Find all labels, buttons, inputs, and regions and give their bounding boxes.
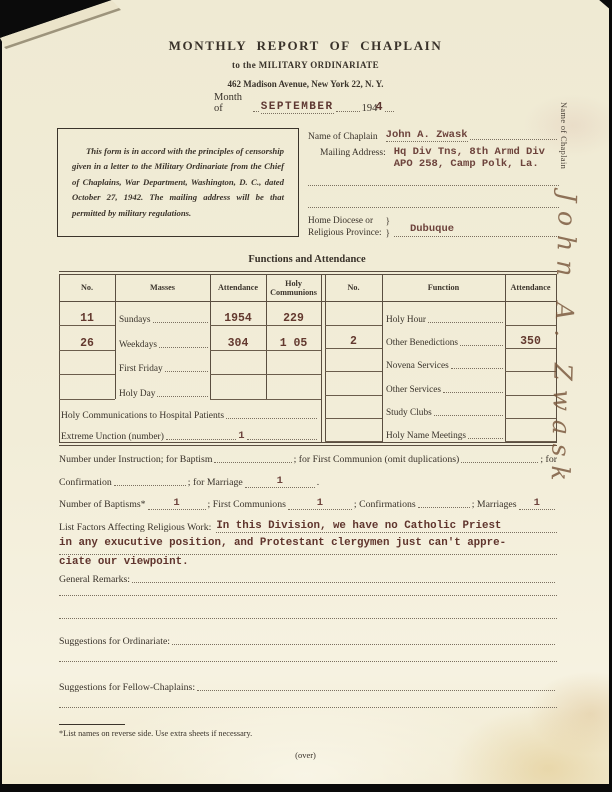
blank-rule bbox=[59, 706, 557, 708]
marriage-instruction-value: 1 bbox=[245, 475, 315, 488]
factors-typed-line2-rule: in any exucutive position, and Protestan… bbox=[59, 537, 557, 555]
lower-form-block: Number under Instruction; for Baptism ; … bbox=[59, 0, 557, 784]
factors-typed-line1: In this Division, we have no Catholic Pr… bbox=[216, 520, 557, 533]
general-remarks-line: General Remarks: bbox=[59, 570, 557, 585]
factors-typed-line3: ciate our viewpoint. bbox=[59, 556, 189, 568]
instruction-line-2: Confirmation ; for Marriage 1 . bbox=[59, 473, 379, 488]
instruction-line-1: Number under Instruction; for Baptism ; … bbox=[59, 450, 557, 465]
factors-typed-line2: in any exucutive position, and Protestan… bbox=[59, 537, 506, 549]
factors-typed-line3-row: ciate our viewpoint. bbox=[59, 556, 557, 571]
rotated-name-of-chaplain-label: Name of Chaplain bbox=[559, 102, 568, 197]
blank-rule bbox=[59, 594, 557, 596]
over-label: (over) bbox=[2, 750, 609, 760]
fellow-chaplains-line: Suggestions for Fellow-Chaplains: bbox=[59, 678, 557, 693]
sacraments-count-line: Number of Baptisms* 1 ; First Communions… bbox=[59, 495, 557, 510]
baptisms-value: 1 bbox=[148, 497, 206, 510]
blank-rule bbox=[59, 660, 557, 662]
ordinariate-line: Suggestions for Ordinariate: bbox=[59, 632, 557, 647]
scanned-form-page: MONTHLY REPORT OF CHAPLAIN to the MILITA… bbox=[2, 0, 609, 784]
blank-rule bbox=[59, 617, 557, 619]
first-communions-value: 1 bbox=[288, 497, 352, 510]
footnote-text: *List names on reverse side. Use extra s… bbox=[59, 729, 252, 738]
footnote-separator bbox=[59, 724, 125, 725]
factors-line: List Factors Affecting Religious Work: I… bbox=[59, 517, 557, 533]
